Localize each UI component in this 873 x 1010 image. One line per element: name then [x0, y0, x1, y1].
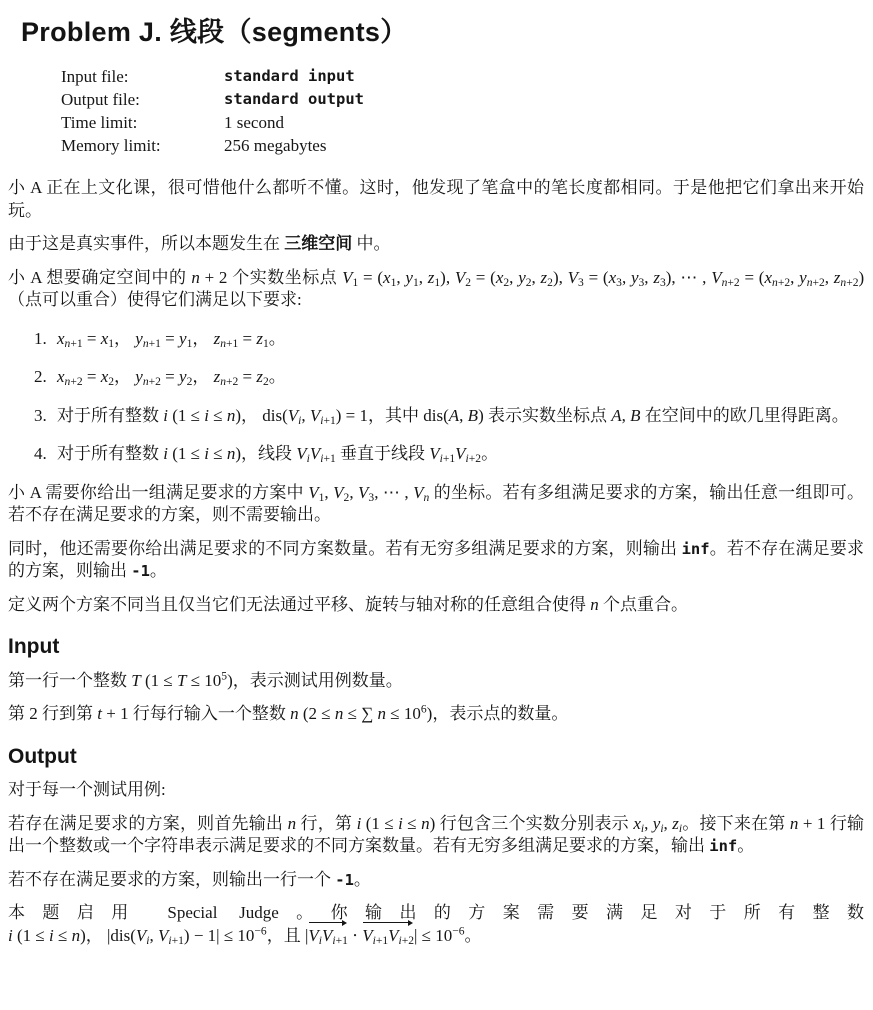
math-expression: V2 = (x2, y2, z2), [455, 268, 568, 287]
paragraph: 对于每一个测试用例: [8, 779, 864, 802]
text-run: 。 [354, 870, 371, 889]
paragraph: 若不存在满足要求的方案，则输出一行一个 -1。 [8, 869, 864, 892]
math-expression: i (1 ≤ i ≤ n) [163, 406, 241, 425]
math-function-name: dis [110, 926, 130, 945]
math-expression: n [288, 814, 297, 833]
paragraph: 若存在满足要求的方案，则首先输出 n 行，第 i (1 ≤ i ≤ n) 行包含… [8, 813, 864, 858]
text-run: ， [241, 406, 262, 425]
math-expression: Vi+1Vi+2 [429, 444, 481, 463]
text-run: 第一行一个整数 [8, 671, 131, 690]
math-expression: (A, B) [443, 406, 484, 425]
paragraph: 小 A 正在上文化课，很可惜他什么都听不懂。这时，他发现了笔盒中的笔长度都相同。… [8, 177, 864, 222]
text-run: 同时，他还需要你给出满足要求的不同方案数量。若有无穷多组满足要求的方案，则输出 [8, 539, 682, 558]
list-item-number: 1. [34, 328, 47, 351]
meta-label: Memory limit: [61, 134, 224, 157]
text-run: ，表示点的数量。 [432, 704, 568, 723]
meta-value: standard output [224, 88, 364, 111]
paragraph: 由于这是真实事件，所以本题发生在 三维空间 中。 [8, 233, 864, 256]
section-heading-output: Output [8, 746, 864, 769]
text-run: 垂直于线段 [336, 444, 430, 463]
code-text: -1 [335, 871, 354, 889]
math-function-name: dis [262, 406, 282, 425]
text-run: （点可以重合）使得它们满足以下要求: [8, 290, 302, 309]
text-run: 。接下来在第 [682, 814, 790, 833]
requirements-list: 1.xn+1 = x1， yn+1 = y1， zn+1 = z1。2.xn+2… [8, 328, 864, 466]
math-expression: zn+1 = z1 [214, 329, 269, 348]
vector-overrightarrow: ViVi+1 [308, 925, 348, 948]
text-run: 。 [465, 926, 482, 945]
math-expression: xi, yi, zi [633, 814, 682, 833]
math-expression: | ≤ 10−6 [414, 926, 465, 945]
text-run: ，且 [267, 926, 305, 945]
math-expression: 2 [29, 704, 38, 723]
text-run: 个实数坐标点 [227, 268, 342, 287]
meta-row: Memory limit:256 megabytes [61, 134, 864, 157]
text-run: ，表示测试用例数量。 [233, 671, 403, 690]
math-expression: ViVi+1 [296, 444, 336, 463]
math-expression: i (1 ≤ i ≤ n) [163, 444, 241, 463]
text-run: 个点重合。 [599, 595, 688, 614]
paragraph: 本题启用 Special Judge。你输出的方案需要满足对于所有整数i (1 … [8, 902, 864, 947]
text-run: 本题启用 Special Judge。你输出的方案需要满足对于所有整数 [8, 903, 864, 922]
section-heading-input: Input [8, 636, 864, 659]
text-run: 。 [269, 329, 286, 348]
code-text: inf [682, 540, 710, 558]
text-run: 小 A 正在上文化课，很可惜他什么都听不懂。这时，他发现了笔盒中的笔长度都相同。… [8, 178, 864, 220]
math-expression: yn+2 = y2 [135, 367, 192, 386]
math-expression: xn+2 = x2 [57, 367, 114, 386]
text-run: 中。 [352, 234, 390, 253]
math-expression: Vn+2 = (xn+2, yn+2, zn+2) [711, 268, 864, 287]
paragraph: 定义两个方案不同当且仅当它们无法通过平移、旋转与轴对称的任意组合使得 n 个点重… [8, 594, 864, 617]
paragraph: 小 A 想要确定空间中的 n + 2 个实数坐标点 V1 = (x1, y1, … [8, 267, 864, 312]
statement-body: 小 A 正在上文化课，很可惜他什么都听不懂。这时，他发现了笔盒中的笔长度都相同。… [8, 177, 864, 947]
text-run: 。 [150, 561, 167, 580]
text-run: 定义两个方案不同当且仅当它们无法通过平移、旋转与轴对称的任意组合使得 [8, 595, 590, 614]
list-item: 2.xn+2 = x2， yn+2 = y2， zn+2 = z2。 [8, 366, 864, 389]
math-expression: n (2 ≤ n ≤ ∑ n ≤ 106) [290, 704, 432, 723]
text-run: 行到第 [38, 704, 98, 723]
text-run: ，线段 [241, 444, 296, 463]
text-run: ， [86, 926, 107, 945]
text-run: ，其中 [368, 406, 423, 425]
list-item: 1.xn+1 = x1， yn+1 = y1， zn+1 = z1。 [8, 328, 864, 351]
meta-row: Output file:standard output [61, 88, 864, 111]
text-run: 若不存在满足要求的方案，则输出一行一个 [8, 870, 335, 889]
text-run: 若存在满足要求的方案，则首先输出 [8, 814, 288, 833]
text-run: 由于这是真实事件，所以本题发生在 [8, 234, 284, 253]
meta-value: standard input [224, 65, 355, 88]
code-text: inf [709, 837, 737, 855]
math-expression: i (1 ≤ i ≤ n) [357, 814, 436, 833]
text-run: ， [114, 367, 135, 386]
bold-text: 三维空间 [284, 234, 352, 253]
text-run: 表示实数坐标点 [484, 406, 612, 425]
list-item-number: 3. [34, 405, 47, 428]
meta-row: Time limit:1 second [61, 111, 864, 134]
problem-statement-page: Problem J. 线段（segments） Input file:stand… [0, 0, 873, 1010]
paragraph: 同时，他还需要你给出满足要求的不同方案数量。若有无穷多组满足要求的方案，则输出 … [8, 538, 864, 583]
math-expression: (Vi, Vi+1) − 1| ≤ 10−6 [130, 926, 266, 945]
text-run: 对于所有整数 [57, 406, 163, 425]
math-expression: yn+1 = y1 [135, 329, 192, 348]
math-expression: n [590, 595, 599, 614]
math-expression: n + 2 [191, 268, 227, 287]
list-item-number: 4. [34, 443, 47, 466]
text-run: 。 [481, 444, 498, 463]
paragraph-line: 本题启用 Special Judge。你输出的方案需要满足对于所有整数 [8, 902, 864, 925]
meta-row: Input file:standard input [61, 65, 864, 88]
paragraph: 小 A 需要你给出一组满足要求的方案中 V1, V2, V3, ⋯ , Vn 的… [8, 482, 864, 527]
text-run: 小 A 需要你给出一组满足要求的方案中 [8, 483, 308, 502]
list-item: 4.对于所有整数 i (1 ≤ i ≤ n)，线段 ViVi+1 垂直于线段 V… [8, 443, 864, 466]
list-item: 3.对于所有整数 i (1 ≤ i ≤ n)， dis(Vi, Vi+1) = … [8, 405, 864, 428]
math-expression: V1, V2, V3, ⋯ , Vn [308, 483, 429, 502]
math-expression: i (1 ≤ i ≤ n) [8, 926, 86, 945]
text-run: 行包含三个实数分别表示 [435, 814, 633, 833]
problem-title: Problem J. 线段（segments） [21, 10, 864, 49]
text-run: ， [192, 367, 213, 386]
paragraph: 第 2 行到第 t + 1 行每行输入一个整数 n (2 ≤ n ≤ ∑ n ≤… [8, 703, 864, 726]
math-expression: ⋅ [348, 926, 362, 945]
math-expression: zn+2 = z2 [214, 367, 269, 386]
meta-label: Time limit: [61, 111, 224, 134]
text-run: 在空间中的欧几里得距离。 [641, 406, 849, 425]
text-run: 第 [8, 704, 29, 723]
vector-overrightarrow: Vi+1Vi+2 [362, 925, 414, 948]
math-expression: xn+1 = x1 [57, 329, 114, 348]
math-expression: V1 = (x1, y1, z1), [342, 268, 455, 287]
text-run: 行，第 [296, 814, 356, 833]
math-expression: n + 1 [790, 814, 825, 833]
math-expression: (Vi, Vi+1) = 1 [282, 406, 368, 425]
problem-meta-table: Input file:standard inputOutput file:sta… [61, 65, 864, 157]
text-run: 对于每一个测试用例: [8, 780, 166, 799]
text-run: ， [192, 329, 213, 348]
math-function-name: dis [423, 406, 443, 425]
text-run: ， [114, 329, 135, 348]
paragraph: 第一行一个整数 T (1 ≤ T ≤ 105)，表示测试用例数量。 [8, 670, 864, 693]
text-run: 。 [269, 367, 286, 386]
math-expression: V3 = (x3, y3, z3), ⋯ , [568, 268, 707, 287]
text-run: 小 A 想要确定空间中的 [8, 268, 191, 287]
meta-value: 256 megabytes [224, 134, 326, 157]
list-item-number: 2. [34, 366, 47, 389]
text-run: 。 [737, 836, 754, 855]
meta-value: 1 second [224, 111, 284, 134]
text-run: 行每行输入一个整数 [129, 704, 291, 723]
math-expression: t + 1 [97, 704, 128, 723]
meta-label: Output file: [61, 88, 224, 111]
paragraph-line: i (1 ≤ i ≤ n)， |dis(Vi, Vi+1) − 1| ≤ 10−… [8, 925, 864, 948]
code-text: -1 [131, 562, 150, 580]
math-expression: T (1 ≤ T ≤ 105) [131, 671, 232, 690]
meta-label: Input file: [61, 65, 224, 88]
math-expression: A, B [611, 406, 640, 425]
text-run: 对于所有整数 [57, 444, 163, 463]
